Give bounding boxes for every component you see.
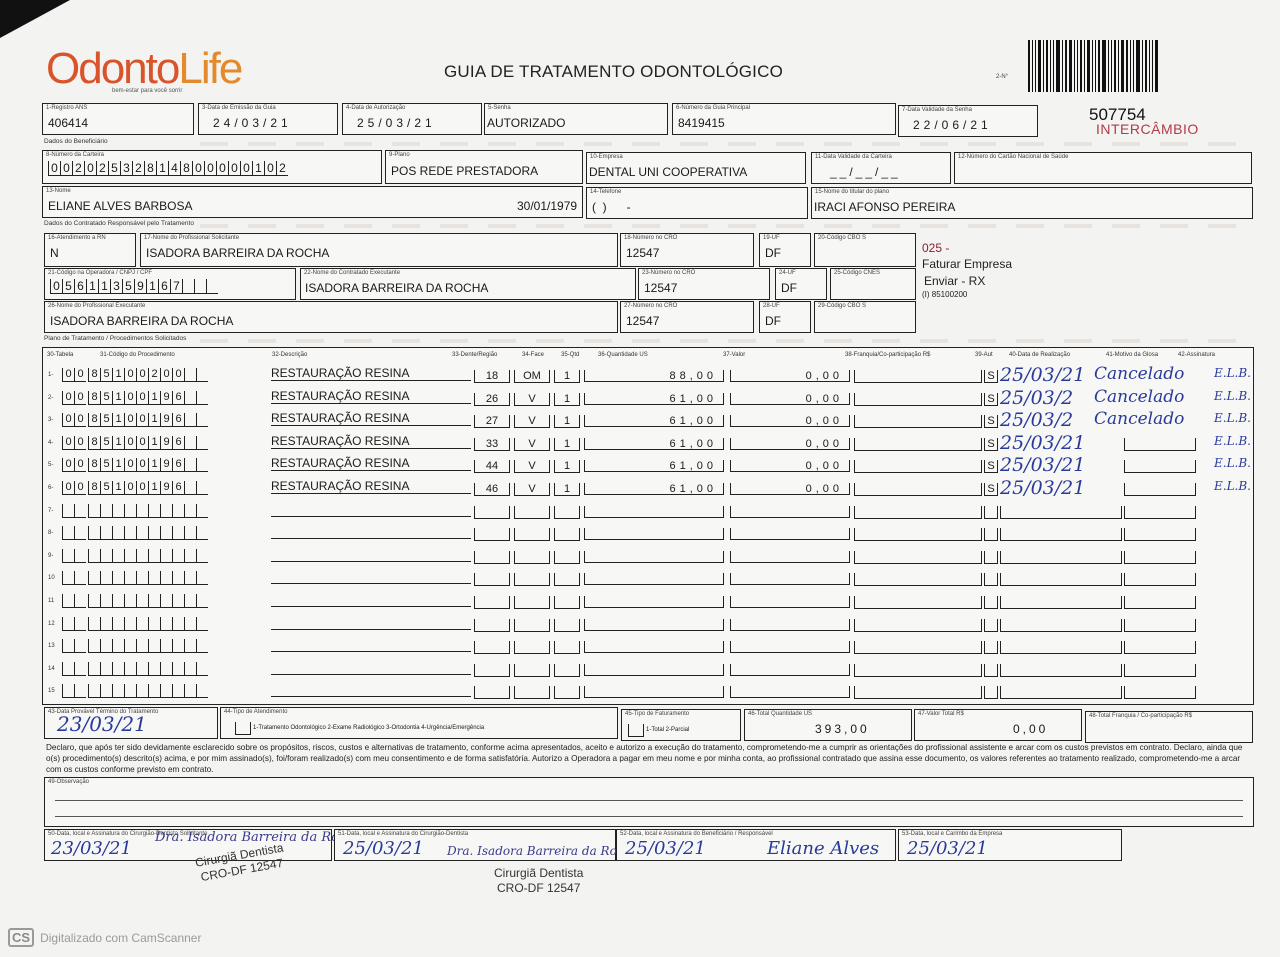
row-number: 10 [48,575,55,581]
tooth-region [474,506,510,519]
signature: Eliane Alves [767,838,879,859]
column-header: 34-Face [522,352,544,358]
authorized: S [984,370,998,383]
realization-date[interactable] [1000,506,1122,519]
field-value: 393,00 [815,722,870,736]
authorized [984,596,998,609]
quantity-us [584,641,724,653]
uf-19-field[interactable]: 19-UF DF [759,233,811,267]
tooth-face: V [514,460,550,473]
field-value: DENTAL UNI COOPERATIVA [589,165,747,179]
table-row[interactable]: 11 [44,592,1249,612]
copay [854,596,982,609]
field-label: 7-Data Validade da Senha [902,107,972,113]
column-header: 40-Data de Realização [1009,352,1070,358]
realization-date[interactable] [1000,551,1122,564]
gloss-reason[interactable] [1124,596,1196,609]
authorized [984,686,998,699]
value: 0,00 [730,393,850,405]
table-code-cells: 00 [62,436,86,450]
tooth-region: 27 [474,415,510,428]
realization-date[interactable] [1000,664,1122,677]
tooth-region [474,551,510,564]
quantity-us [584,664,724,676]
tooth-region [474,664,510,677]
row-number: 4- [48,440,53,446]
scan-shadow [0,0,70,38]
procedure-code-cells: 85100196 [88,481,208,495]
table-code-cells: 00 [62,481,86,495]
quantity-us [584,573,724,585]
authorized [984,551,998,564]
plan-field[interactable]: 9-Plano POS REDE PRESTADORA [385,150,583,184]
camscanner-watermark: CS Digitalizado com CamScanner [8,928,201,947]
field-label: 20-Código CBO S [818,235,866,241]
field-label: 28-UF [763,303,780,309]
logo-main: Odonto [46,44,178,93]
barcode [1028,40,1196,92]
procedure-description: RESTAURAÇÃO RESINA [271,456,471,471]
stamp-title: Cirurgiã Dentista [494,866,583,881]
procedure-description [271,502,471,517]
row-number: 6- [48,485,53,491]
gloss-reason[interactable] [1124,506,1196,519]
copay [854,506,982,519]
tooth-region [474,686,510,699]
tooth-face [514,506,550,519]
service-type-checkbox[interactable] [235,722,251,735]
authorized [984,664,998,677]
value: 0,00 [730,460,850,472]
quantity [554,619,580,632]
tooth-face: OM [514,370,550,383]
password-validity-field[interactable]: 7-Data Validade da Senha 22/06/21 [898,105,1038,137]
table-row[interactable]: 12 [44,615,1249,635]
authorized: S [984,460,998,473]
field-label: 22-Nome do Contratado Executante [304,270,400,276]
field-label: 27-Número no CRO [624,303,677,309]
field-label: 29-Código CBO S [818,303,866,309]
field-label: 12-Número do Cartão Nacional de Saúde [958,154,1068,160]
field-label: 51-Data, local e Assinatura do Cirurgião… [338,831,468,837]
copay [854,573,982,586]
copay [854,370,982,383]
authorized [984,573,998,586]
procedure-description [271,547,471,562]
operator-code-field[interactable]: 21-Código na Operadora / CNPJ / CPF 0561… [44,268,296,300]
field-label: 11-Data Validade da Carteira [815,154,892,160]
field-value: 12547 [626,314,659,328]
uf-24-field[interactable]: 24-UF DF [775,268,827,300]
gloss-reason[interactable] [1124,483,1196,496]
field-label: 53-Data, local e Carimbo da Empresa [902,831,1002,837]
row-number: 9- [48,553,53,559]
phone-field[interactable]: 14-Telefone ( ) - [586,187,808,219]
copay [854,551,982,564]
realization-date[interactable] [1000,573,1122,586]
signature-51-field[interactable]: 51-Data, local e Assinatura do Cirurgião… [334,829,616,861]
procedure-code-cells [88,684,208,698]
holder-name-field[interactable]: 15-Nome do titular do plano IRACI AFONSO… [811,187,1253,219]
cbo-20-field[interactable]: 20-Código CBO S [814,233,916,267]
tooth-face: V [514,438,550,451]
field-value: IRACI AFONSO PEREIRA [814,200,955,214]
tooth-region [474,528,510,541]
table-row[interactable]: 15 [44,682,1249,702]
procedure-code-cells: 85100196 [88,413,208,427]
row-number: 14 [48,666,55,672]
authorized: S [984,415,998,428]
gloss-reason[interactable] [1124,551,1196,564]
field-label: 47-Valor Total R$ [918,711,964,717]
table-row[interactable]: 13 [44,637,1249,657]
procedure-description: RESTAURAÇÃO RESINA [271,411,471,426]
field-value: 406414 [48,116,88,130]
realization-date: 25/03/21 [1000,454,1085,476]
table-code-cells [62,504,86,518]
procedure-code-cells [88,594,208,608]
realization-date[interactable] [1000,528,1122,541]
field-label: 26-Nome do Profissional Executante [48,303,145,309]
total-value-field[interactable]: 47-Valor Total R$ 0,00 [914,709,1082,741]
cbo-29-field[interactable]: 29-Código CBO S [814,301,916,333]
field-label: 4-Data de Autorização [346,105,405,111]
row-number: 13 [48,643,55,649]
copay [854,393,982,406]
quantity-us [584,551,724,563]
field-label: 1-Registro ANS [46,105,87,111]
field-label: 6-Número da Guia Principal [676,105,750,111]
requesting-professional-field[interactable]: 17-Nome do Profissional Solicitante ISAD… [140,233,618,267]
column-header: 42-Assinatura [1178,352,1215,358]
procedure-code-cells [88,662,208,676]
field-label: 46-Total Quantidade US [748,711,812,717]
procedure-code-cells [88,617,208,631]
row-number: 2- [48,395,53,401]
value [730,596,850,608]
table-code-cells [62,526,86,540]
table-row[interactable]: 7- [44,502,1249,522]
value [730,641,850,653]
field-value: 22/06/21 [913,118,992,132]
tooth-face [514,664,550,677]
realization-date: 25/03/21 [1000,364,1085,386]
card-validity-field[interactable]: 11-Data Validade da Carteira __/__/__ [811,152,951,184]
row-number: 12 [48,621,55,627]
quantity-us [584,528,724,540]
tooth-region: 33 [474,438,510,451]
field-value: ( ) - [592,200,647,214]
table-row[interactable]: 5-0085100196RESTAURAÇÃO RESINA44V161,000… [44,456,1249,476]
copay [854,641,982,654]
procedure-code-cells [88,526,208,540]
row-signature: E.L.B. [1214,434,1251,448]
table-row[interactable]: 14 [44,660,1249,680]
procedure-description [271,637,471,652]
quantity-us [584,619,724,631]
procedure-code-cells: 85100200 [88,368,208,382]
field-label: 52-Data, local e Assinatura do Beneficiá… [620,831,773,837]
quantity: 1 [554,393,580,406]
column-header: 30-Tabela [47,352,73,358]
procedure-description: RESTAURAÇÃO RESINA [271,366,471,381]
field-label: 23-Número no CRO [642,270,695,276]
signature-date: 23/03/21 [51,838,132,859]
executing-contractor-field[interactable]: 22-Nome do Contratado Executante ISADORA… [300,268,636,300]
gloss-reason: Cancelado [1094,409,1184,429]
column-header: 37-Valor [723,352,745,358]
cro-27-field[interactable]: 27-Número no CRO 12547 [620,301,754,333]
field-value: N [50,246,59,260]
table-row[interactable]: 9- [44,547,1249,567]
tooth-region [474,641,510,654]
authorized [984,619,998,632]
field-value: 12547 [644,281,677,295]
column-header: 36-Quantidade US [598,352,648,358]
realization-date[interactable] [1000,641,1122,654]
field-label: 45-Tipo de Faturamento [625,711,689,717]
cnes-25-field[interactable]: 25-Código CNES [830,268,916,300]
column-header: 39-Aut [975,352,993,358]
billing-type-field[interactable]: 45-Tipo de Faturamento 1-Total 2-Parcial [621,709,741,741]
field-value: 0,00 [1013,722,1048,736]
table-row[interactable]: 1-0085100200RESTAURAÇÃO RESINA18OM188,00… [44,366,1249,386]
cro-23-field[interactable]: 23-Número no CRO 12547 [638,268,770,300]
section-beneficiary: Dados do Beneficiário [44,138,108,145]
realization-date[interactable] [1000,596,1122,609]
end-date-field[interactable]: 43-Data Provável Término do Tratamento 2… [44,707,218,739]
main-guide-field[interactable]: 6-Número da Guia Principal 8419415 [672,103,896,135]
copay [854,438,982,451]
gloss-reason: Cancelado [1094,364,1184,384]
table-row[interactable]: 10 [44,569,1249,589]
signature-53-field[interactable]: 53-Data, local e Carimbo da Empresa 25/0… [898,829,1122,861]
field-label: 3-Data de Emissão da Guia [202,105,276,111]
gloss-reason[interactable] [1124,664,1196,677]
table-code-cells [62,684,86,698]
side-note-billing: Faturar Empresa [922,257,1012,271]
gloss-reason[interactable] [1124,460,1196,473]
field-value: ISADORA BARREIRA DA ROCHA [305,281,488,295]
procedure-description [271,524,471,539]
rn-field[interactable]: 16-Atendimento a RN N [44,233,136,267]
value [730,619,850,631]
value [730,686,850,698]
row-number: 15 [48,688,55,694]
signature-date: 25/03/21 [625,838,706,859]
quantity-us: 61,00 [584,393,724,405]
field-value: 25/03/21 [357,116,436,130]
logo-tagline: bem-estar para você sorrir [112,88,182,94]
watermark-text: Digitalizado com CamScanner [40,931,201,945]
signature: Dra. Isadora Barreira da Rocha [155,830,362,845]
table-row[interactable]: 4-0085100196RESTAURAÇÃO RESINA33V161,000… [44,434,1249,454]
stamp-cro: CRO-DF 12547 [494,881,583,896]
row-signature: E.L.B. [1214,479,1251,493]
field-label: 48-Total Franquia / Co-participação R$ [1089,713,1192,719]
value: 0,00 [730,483,850,495]
copay [854,528,982,541]
beneficiary-name-field[interactable]: 13-Nome ELIANE ALVES BARBOSA 30/01/1979 [42,186,583,218]
quantity: 1 [554,483,580,496]
gloss-reason: Cancelado [1094,387,1184,407]
table-row[interactable]: 6-0085100196RESTAURAÇÃO RESINA46V161,000… [44,479,1249,499]
table-code-cells: 00 [62,368,86,382]
cro-18-field[interactable]: 18-Número no CRO 12547 [620,233,754,267]
quantity [554,664,580,677]
quantity-us: 61,00 [584,460,724,472]
value: 0,00 [730,415,850,427]
quantity-us [584,596,724,608]
quantity [554,641,580,654]
gloss-reason[interactable] [1124,438,1196,451]
field-value: DF [765,246,781,260]
table-row[interactable]: 8- [44,524,1249,544]
company-field[interactable]: 10-Empresa DENTAL UNI COOPERATIVA [586,152,806,184]
value [730,664,850,676]
realization-date: 25/03/2 [1000,387,1073,409]
tooth-region: 18 [474,370,510,383]
total-us-field[interactable]: 46-Total Quantidade US 393,00 [744,709,912,741]
quantity-us: 61,00 [584,415,724,427]
realization-date: 25/03/21 [1000,477,1085,499]
gloss-reason[interactable] [1124,528,1196,541]
copay [854,460,982,473]
side-note-code: 025 - [922,241,949,255]
row-number: 5- [48,462,53,468]
quantity [554,528,580,541]
procedure-code-cells [88,571,208,585]
column-header: 32-Descrição [272,352,307,358]
realization-date: 25/03/2 [1000,409,1073,431]
card-number-field[interactable]: 8-Número da Carteira 0020253281480000010… [42,150,382,184]
password-field[interactable]: 5-Senha AUTORIZADO [484,103,668,135]
number-label: 2-N° [996,74,1008,80]
value: 0,00 [730,438,850,450]
ans-field[interactable]: 1-Registro ANS 406414 [42,103,194,135]
row-signature: E.L.B. [1214,456,1251,470]
executing-professional-field[interactable]: 26-Nome do Profissional Executante ISADO… [44,301,618,333]
authorized: S [984,483,998,496]
table-row[interactable]: 2-0085100196RESTAURAÇÃO RESINA26V161,000… [44,389,1249,409]
table-row[interactable]: 3-0085100196RESTAURAÇÃO RESINA27V161,000… [44,411,1249,431]
copay [854,664,982,677]
field-value: ELIANE ALVES BARBOSA [48,199,193,213]
field-label: 49-Observação [48,779,89,785]
column-header: 33-Dente/Região [452,352,497,358]
procedure-code-cells [88,549,208,563]
column-header: 35-Qtd [561,352,579,358]
dentist-stamp-2: Cirurgiã Dentista CRO-DF 12547 [494,866,583,896]
copay [854,686,982,699]
copay [854,483,982,496]
field-label: 16-Atendimento a RN [48,235,106,241]
field-label: 24-UF [779,270,796,276]
quantity-us: 61,00 [584,483,724,495]
quantity-us [584,686,724,698]
tooth-face [514,551,550,564]
billing-type-checkbox[interactable] [628,724,644,737]
odontolife-logo: OdontoLife [46,44,241,94]
value [730,573,850,585]
logo-accent: Life [178,44,241,93]
field-label: 17-Nome do Profissional Solicitante [144,235,239,241]
signature-52-field[interactable]: 52-Data, local e Assinatura do Beneficiá… [616,829,896,861]
tooth-region [474,619,510,632]
row-number: 3- [48,417,53,423]
realization-date[interactable] [1000,619,1122,632]
row-signature: E.L.B. [1214,389,1251,403]
field-label: 15-Nome do titular do plano [815,189,889,195]
table-code-cells [62,594,86,608]
tooth-face [514,619,550,632]
tooth-face [514,573,550,586]
field-label: 18-Número no CRO [624,235,677,241]
procedure-description: RESTAURAÇÃO RESINA [271,479,471,494]
quantity: 1 [554,460,580,473]
realization-date[interactable] [1000,686,1122,699]
copay [854,415,982,428]
field-value: DF [781,281,797,295]
total-copay-field[interactable]: 48-Total Franquia / Co-participação R$ [1085,711,1253,743]
row-signature: E.L.B. [1214,411,1251,425]
uf-28-field[interactable]: 28-UF DF [759,301,811,333]
side-note-ref: (I) 85100200 [922,290,967,299]
authorized: S [984,438,998,451]
field-label: 14-Telefone [590,189,621,195]
field-value: 12547 [626,246,659,260]
procedure-description [271,615,471,630]
row-signature: E.L.B. [1214,366,1251,380]
quantity-us: 61,00 [584,438,724,450]
field-label: 19-UF [763,235,780,241]
document-title: GUIA DE TRATAMENTO ODONTOLÓGICO [444,62,783,82]
signature-date: 25/03/21 [343,838,424,859]
column-header: 31-Código do Procedimento [100,352,175,358]
signature-50-field[interactable]: 50-Data, local e Assinatura do Cirurgião… [44,829,332,861]
column-header: 41-Motivo da Glosa [1106,352,1158,358]
authorized: S [984,393,998,406]
quantity-us [584,506,724,518]
field-label: 10-Empresa [590,154,623,160]
gloss-reason[interactable] [1124,573,1196,586]
field-value: ISADORA BARREIRA DA ROCHA [146,246,329,260]
table-code-cells [62,549,86,563]
tooth-face: V [514,415,550,428]
table-code-cells: 00 [62,458,86,472]
observation-field[interactable]: 49-Observação [44,777,1254,827]
gloss-reason[interactable] [1124,641,1196,654]
tooth-region [474,573,510,586]
cns-field[interactable]: 12-Número do Cartão Nacional de Saúde [954,152,1252,184]
side-note-send: Enviar - RX [924,274,985,288]
emission-date-field[interactable]: 3-Data de Emissão da Guia 24/03/21 [198,103,338,135]
gloss-reason[interactable] [1124,619,1196,632]
table-code-cells [62,571,86,585]
authorized [984,506,998,519]
quantity-us: 88,00 [584,370,724,382]
table-code-cells: 00 [62,391,86,405]
row-number: 8- [48,530,53,536]
table-code-cells [62,617,86,631]
service-type-field[interactable]: 44-Tipo de Atendimento 1-Tratamento Odon… [220,707,618,739]
gloss-reason[interactable] [1124,686,1196,699]
authorization-date-field[interactable]: 4-Data de Autorização 25/03/21 [342,103,482,135]
tooth-region [474,596,510,609]
quantity [554,573,580,586]
field-label: 13-Nome [46,188,71,194]
signature: Dra. Isadora Barreira da Rocha [447,844,638,858]
